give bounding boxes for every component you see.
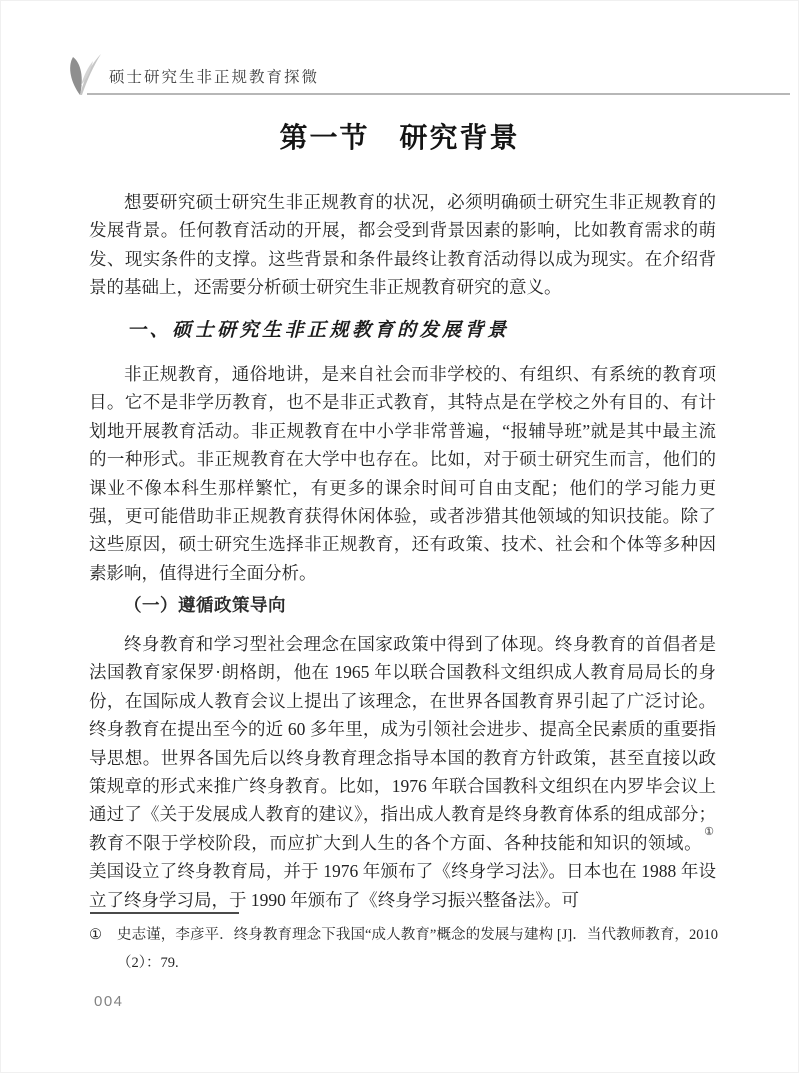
page-title: 第一节 研究背景 <box>1 116 798 156</box>
paragraph-nonformal-education: 非正规教育，通俗地讲，是来自社会而非学校的、有组织、有系统的教育项目。它不是非学… <box>89 360 716 587</box>
section-heading-development-background: 一、硕士研究生非正规教育的发展背景 <box>89 315 716 342</box>
footnote-separator-rule <box>90 912 239 914</box>
paragraph-intro: 想要研究硕士研究生非正规教育的状况，必须明确硕士研究生非正规教育的发展背景。任何… <box>89 188 716 302</box>
footnote-text: 史志谨，李彦平．终身教育理念下我国“成人教育”概念的发展与建构 [J]．当代教师… <box>117 922 718 977</box>
paragraph-lifelong-education: 终身教育和学习型社会理念在国家政策中得到了体现。终身教育的首倡者是法国教育家保罗… <box>89 630 716 914</box>
footnote-marker: ① <box>89 922 117 950</box>
paragraph-text: 终身教育和学习型社会理念在国家政策中得到了体现。终身教育的首倡者是法国教育家保罗… <box>89 634 716 853</box>
page-number: 004 <box>94 993 124 1010</box>
paragraph-text: 美国设立了终身教育局，并于 1976 年颁布了《终身学习法》。日本也在 1988… <box>89 861 716 909</box>
footnote-reference-mark: ① <box>702 826 716 838</box>
book-page: 硕士研究生非正规教育探微 第一节 研究背景 想要研究硕士研究生非正规教育的状况，… <box>0 0 799 1073</box>
leaf-icon <box>63 51 105 97</box>
subsection-heading-policy: （一）遵循政策导向 <box>89 592 716 617</box>
header-rule <box>87 93 790 95</box>
footnote: ① 史志谨，李彦平．终身教育理念下我国“成人教育”概念的发展与建构 [J]．当代… <box>89 922 718 977</box>
running-head-book-title: 硕士研究生非正规教育探微 <box>109 65 319 87</box>
